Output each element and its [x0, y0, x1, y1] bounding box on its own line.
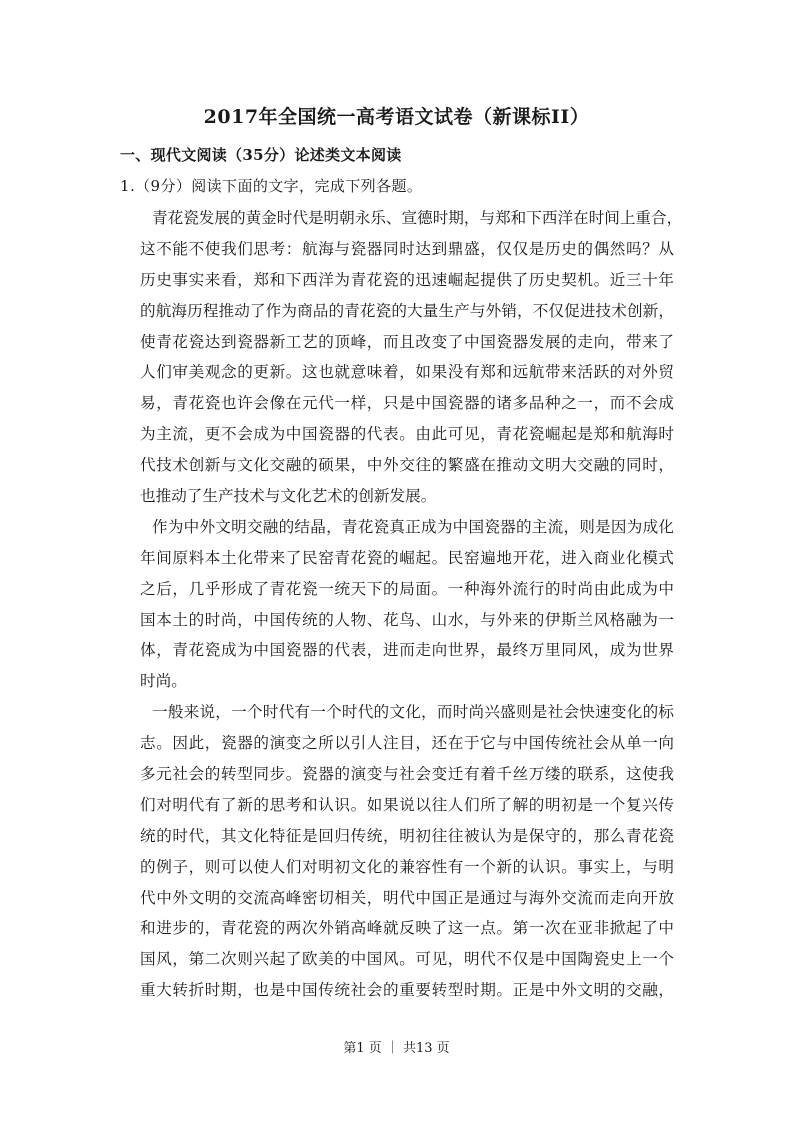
passage-line: 这不能不使我们思考：航海与瓷器同时达到鼎盛，仅仅是历史的偶然吗？从 — [140, 234, 674, 265]
passage-line: 代中外文明的交流高峰密切相关，明代中国正是通过与海外交流而走向开放 — [140, 883, 674, 914]
passage-line: 也推动了生产技术与文化艺术的创新发展。 — [140, 481, 674, 512]
passage-line: 历史事实来看，郑和下西洋为青花瓷的迅速崛起提供了历史契机。近三十年 — [140, 265, 674, 296]
exam-title: 2017年全国统一高考语文试卷（新课标II） — [0, 104, 793, 130]
passage-line: 时尚。 — [140, 666, 674, 697]
passage-line: 体，青花瓷成为中国瓷器的代表，进而走向世界，最终万里同风，成为世界 — [140, 635, 674, 666]
passage-line: 青花瓷发展的黄金时代是明朝永乐、宣德时期，与郑和下西洋在时间上重合， — [140, 203, 674, 234]
passage-line: 志。因此，瓷器的演变之所以引人注目，还在于它与中国传统社会从单一向 — [140, 728, 674, 759]
passage-line: 国风，第二次则兴起了欧美的中国风。可见，明代不仅是中国陶瓷史上一个 — [140, 944, 674, 975]
passage-line: 易，青花瓷也许会像在元代一样，只是中国瓷器的诸多品种之一，而不会成 — [140, 388, 674, 419]
question-prompt: 1.（9分）阅读下面的文字，完成下列各题。 — [120, 174, 422, 198]
passage-line: 使青花瓷达到瓷器新工艺的顶峰，而且改变了中国瓷器发展的走向，带来了 — [140, 327, 674, 358]
passage-line: 年间原料本土化带来了民窑青花瓷的崛起。民窑遍地开花，进入商业化模式 — [140, 543, 674, 574]
passage-line: 代技术创新与文化交融的硕果，中外交往的繁盛在推动文明大交融的同时， — [140, 450, 674, 481]
passage-line: 人们审美观念的更新。这也就意味着，如果没有郑和远航带来活跃的对外贸 — [140, 357, 674, 388]
passage-line: 作为中外文明交融的结晶，青花瓷真正成为中国瓷器的主流，则是因为成化 — [140, 512, 674, 543]
section-heading: 一、现代文阅读（35分）论述类文本阅读 — [120, 143, 402, 167]
page-footer: 第1 页 ｜ 共13 页 — [0, 1040, 793, 1058]
passage-body: 青花瓷发展的黄金时代是明朝永乐、宣德时期，与郑和下西洋在时间上重合， 这不能不使… — [140, 203, 674, 1006]
passage-line: 之后，几乎形成了青花瓷一统天下的局面。一种海外流行的时尚由此成为中 — [140, 574, 674, 605]
passage-line: 为主流，更不会成为中国瓷器的代表。由此可见，青花瓷崛起是郑和航海时 — [140, 419, 674, 450]
document-page: 2017年全国统一高考语文试卷（新课标II） 一、现代文阅读（35分）论述类文本… — [0, 0, 793, 1122]
passage-line: 们对明代有了新的思考和认识。如果说以往人们所了解的明初是一个复兴传 — [140, 790, 674, 821]
passage-line: 国本土的时尚，中国传统的人物、花鸟、山水，与外来的伊斯兰风格融为一 — [140, 605, 674, 636]
passage-line: 重大转折时期，也是中国传统社会的重要转型时期。正是中外文明的交融， — [140, 975, 674, 1006]
passage-line: 统的时代，其文化特征是回归传统，明初往往被认为是保守的，那么青花瓷 — [140, 821, 674, 852]
passage-line: 和进步的，青花瓷的两次外销高峰就反映了这一点。第一次在亚非掀起了中 — [140, 913, 674, 944]
passage-line: 的航海历程推动了作为商品的青花瓷的大量生产与外销，不仅促进技术创新， — [140, 296, 674, 327]
passage-line: 多元社会的转型同步。瓷器的演变与社会变迁有着千丝万缕的联系，这使我 — [140, 759, 674, 790]
passage-line: 的例子，则可以使人们对明初文化的兼容性有一个新的认识。事实上，与明 — [140, 852, 674, 883]
passage-line: 一般来说，一个时代有一个时代的文化，而时尚兴盛则是社会快速变化的标 — [140, 697, 674, 728]
